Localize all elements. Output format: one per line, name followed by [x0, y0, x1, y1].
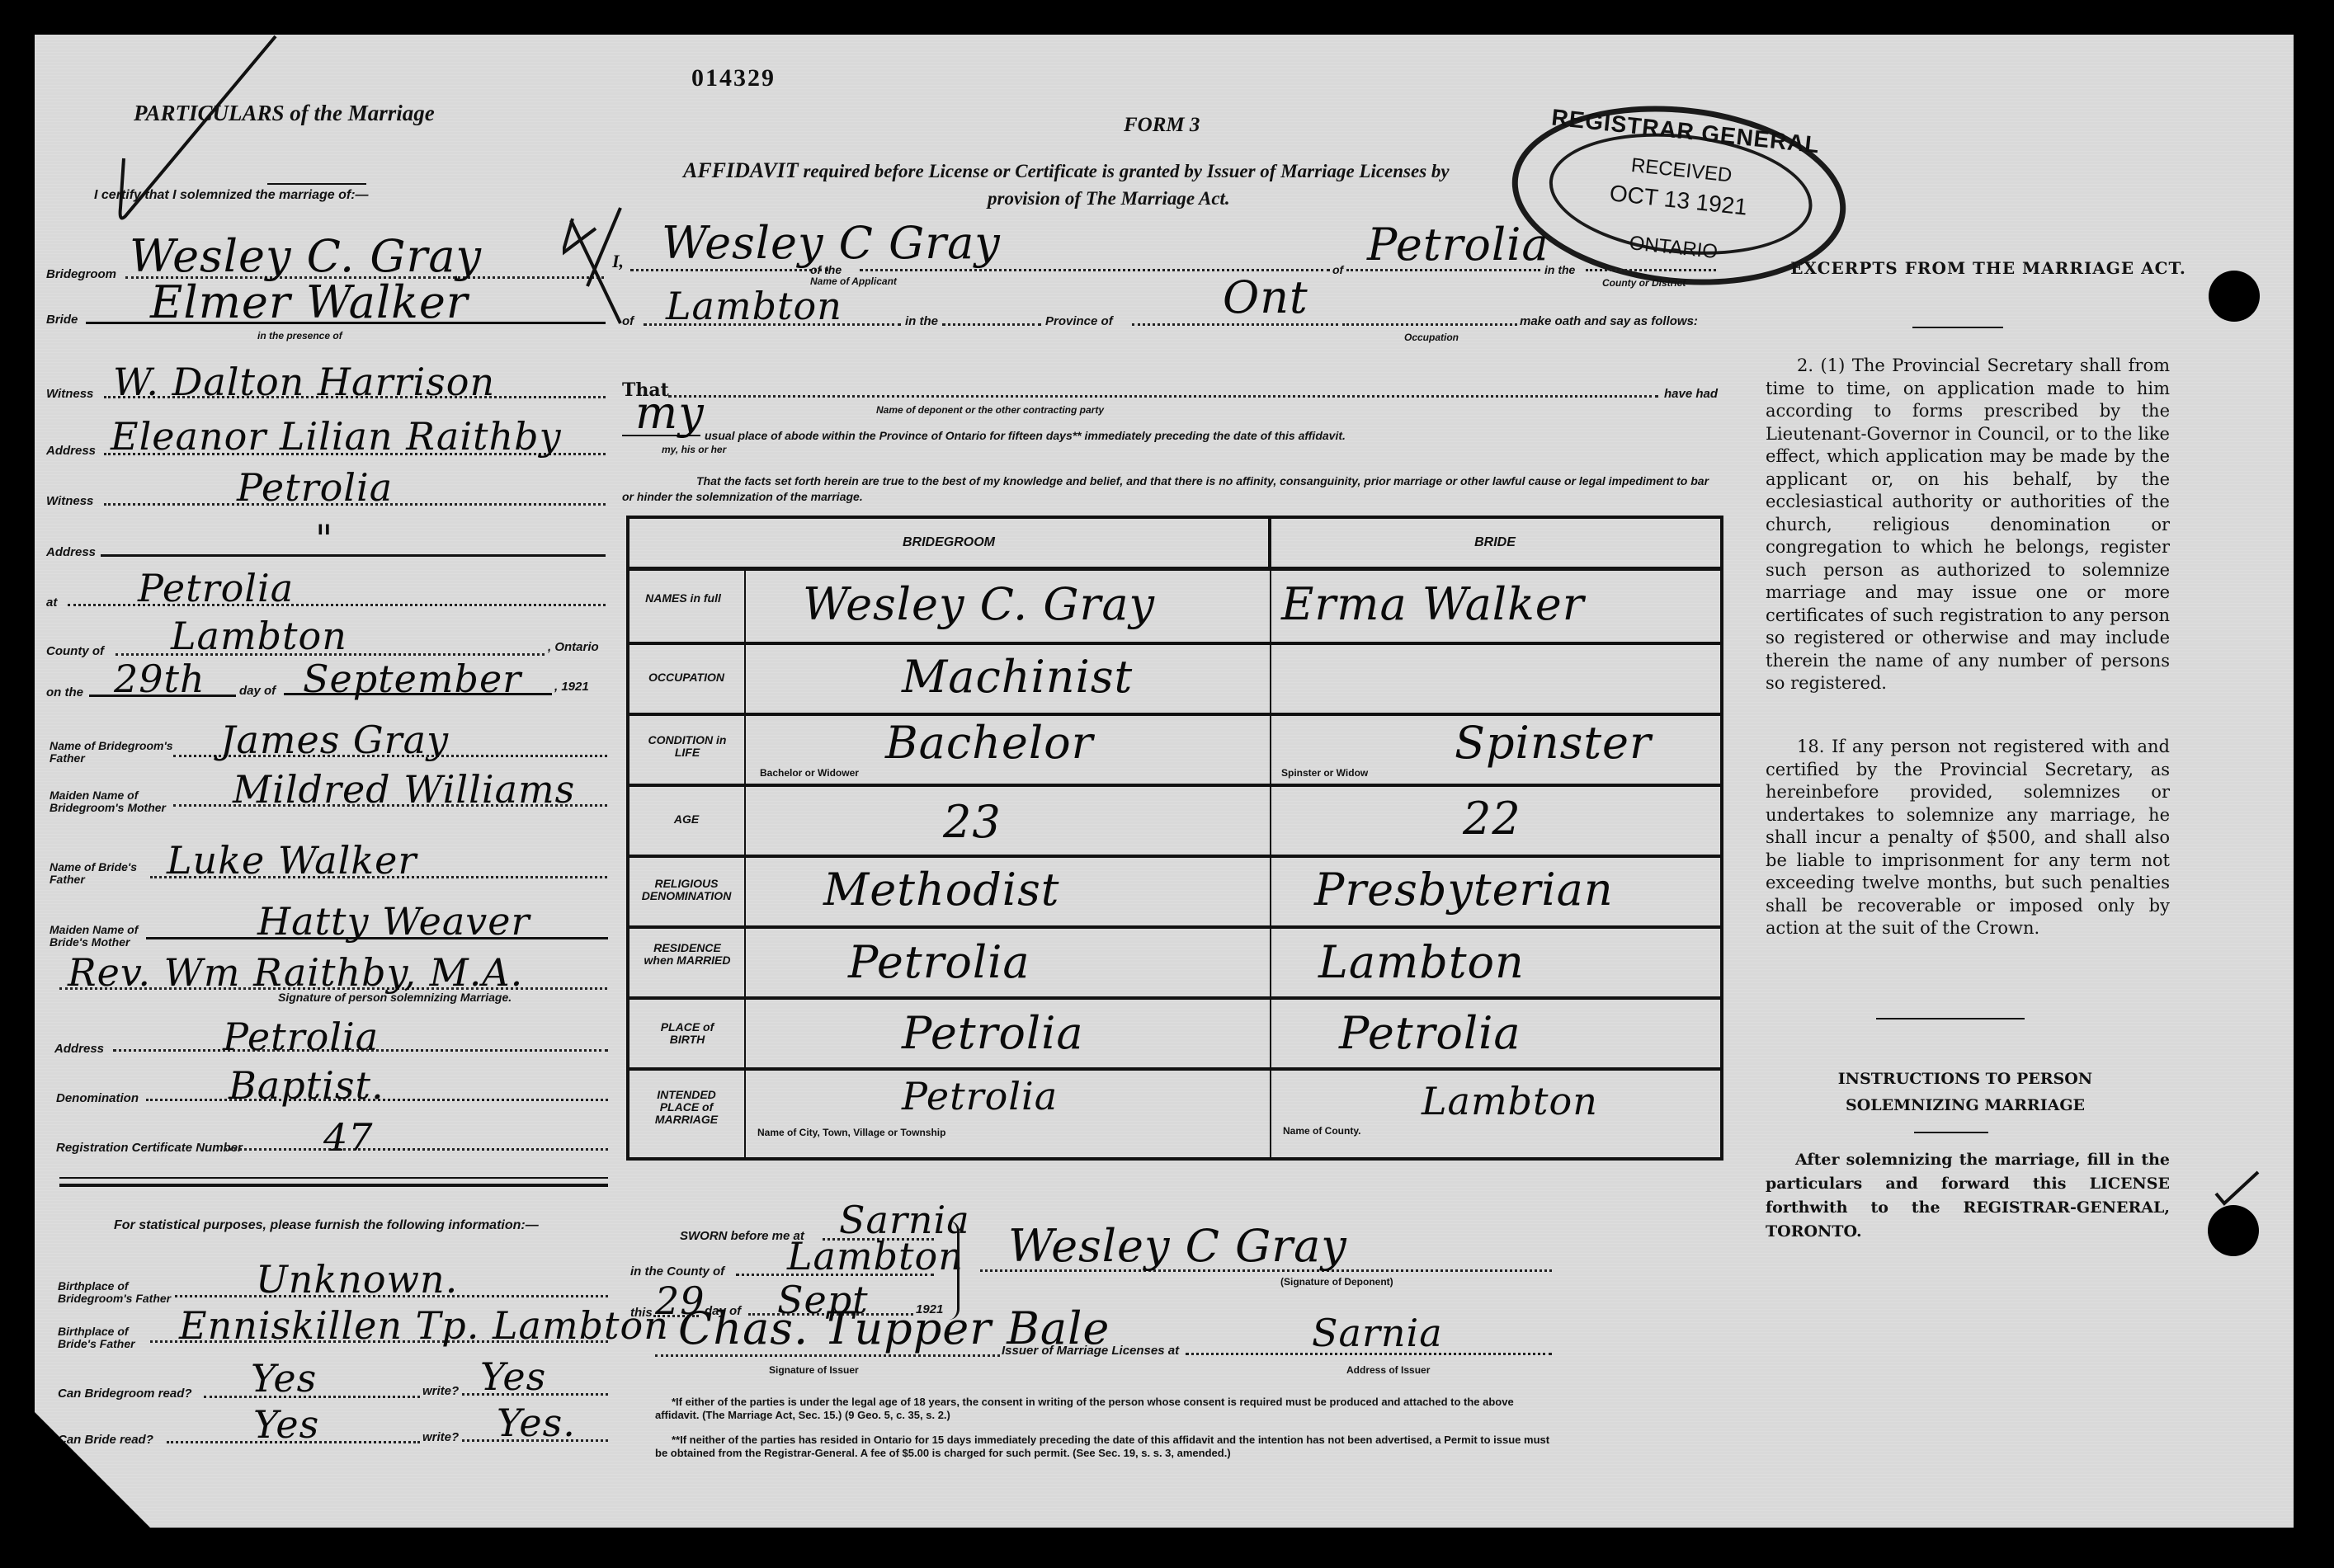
county-label: County of	[46, 645, 104, 658]
witness1-name: W. Dalton Harrison	[113, 358, 495, 406]
groom-names: Wesley C. Gray	[803, 581, 1155, 629]
bride-age: 22	[1463, 795, 1521, 843]
punch-hole	[2208, 1205, 2259, 1256]
particulars-table: BRIDEGROOM BRIDE NAMES in full Wesley C.…	[626, 516, 1723, 1161]
have-had-text: have had	[1664, 388, 1718, 401]
county-district-caption: County or District	[1602, 277, 1686, 290]
divider	[1914, 1132, 1988, 1133]
bride-mother-label: Maiden Name of Bride's Mother	[50, 924, 157, 949]
bride-name: Elmer Walker	[150, 279, 469, 327]
certify-statement: I certify that I solemnized the marriage…	[94, 189, 369, 202]
bride-write-label: write?	[422, 1431, 459, 1444]
bride-birthplace: Petrolia	[1339, 1010, 1521, 1057]
small-check-icon	[2213, 1169, 2262, 1210]
groom-write-value: Yes	[480, 1353, 546, 1401]
bride-read-value: Yes	[253, 1401, 319, 1448]
row-label: PLACE of BIRTH	[646, 1021, 728, 1046]
abode-text: usual place of abode within the Province…	[705, 429, 1346, 442]
pronoun-value: my	[635, 389, 705, 437]
groom-read-label: Can Bridegroom read?	[58, 1387, 192, 1401]
x-mark-icon	[563, 204, 653, 327]
oath-text: make oath and say as follows:	[1520, 315, 1698, 328]
bride-father-label: Name of Bride's Father	[50, 861, 149, 886]
groom-condition-caption: Bachelor or Widower	[760, 767, 859, 779]
day-of-label: day of	[239, 685, 276, 698]
bride-religion: Presbyterian	[1314, 866, 1614, 914]
applicant-line	[630, 269, 828, 271]
deponent-caption: (Signature of Deponent)	[1280, 1276, 1393, 1288]
officiant-address: Petrolia	[223, 1013, 379, 1061]
in-the2-label: in the	[905, 315, 938, 328]
table-row: PLACE of BIRTH Petrolia Petrolia	[629, 1000, 1720, 1071]
statistical-intro: For statistical purposes, please furnish…	[59, 1212, 608, 1239]
groom-condition: Bachelor	[885, 719, 1093, 767]
groom-mother-name: Mildred Williams	[233, 765, 575, 813]
of-the-label: of the	[810, 264, 842, 276]
sworn-county: Lambton	[787, 1232, 964, 1280]
bride-father-birthplace: Enniskillen Tp. Lambton	[179, 1302, 669, 1349]
affidavit-heading-rest: required before License or Certificate i…	[803, 161, 1449, 181]
bride-names: Erma Walker	[1281, 581, 1585, 629]
form-title: FORM 3	[1124, 114, 1200, 137]
row-label: RELIGIOUS DENOMINATION	[629, 878, 743, 902]
row-label: OCCUPATION	[629, 671, 743, 684]
witness1-label: Witness	[46, 388, 93, 401]
groom-age: 23	[943, 798, 1002, 846]
in-the-label: in the	[1544, 264, 1575, 276]
deponent-line	[668, 395, 1658, 398]
table-row: CONDITION in LIFE Bachelor Bachelor or W…	[629, 716, 1720, 787]
divider	[267, 183, 366, 185]
bride-intended-caption: Name of County.	[1283, 1125, 1360, 1137]
denomination-label: Denomination	[56, 1092, 139, 1105]
bride-intended-place: Lambton	[1422, 1077, 1598, 1125]
denomination-value: Baptist.	[229, 1062, 384, 1109]
groom-father-name: James Gray	[220, 716, 449, 764]
marriage-year: , 1921	[554, 680, 589, 694]
applicant-county: Lambton	[666, 282, 842, 330]
occupation-line	[1342, 323, 1517, 326]
excerpt-section-18: 18. If any person not registered with an…	[1766, 736, 2170, 940]
officiant-address-label: Address	[54, 1043, 104, 1056]
row-label: CONDITION in LIFE	[638, 734, 737, 759]
bride-residence: Lambton	[1318, 939, 1525, 986]
occupation-caption: Occupation	[1404, 332, 1459, 344]
row-label: AGE	[629, 813, 743, 826]
at-label: at	[46, 596, 57, 610]
reg-cert-line	[224, 1148, 608, 1151]
sworn-label: SWORN before me at	[680, 1230, 804, 1243]
divider	[1876, 1018, 2025, 1019]
groom-write-label: write?	[422, 1385, 459, 1398]
this-label: this	[630, 1307, 653, 1320]
groom-residence: Petrolia	[848, 939, 1030, 986]
groom-occupation: Machinist	[902, 653, 1133, 701]
column-header-bride: BRIDE	[1270, 535, 1720, 550]
bridegroom-name: Wesley C. Gray	[130, 233, 482, 280]
issuer-at-label: Issuer of Marriage Licenses at	[1002, 1344, 1179, 1358]
bridegroom-label: Bridegroom	[46, 268, 116, 281]
bride-mother-name: Hatty Weaver	[257, 897, 530, 945]
applicant-name: Wesley C Gray	[662, 219, 1001, 267]
county-value: Lambton	[171, 612, 347, 660]
facts-statement: That the facts set forth herein are true…	[622, 473, 1719, 505]
table-row: RELIGIOUS DENOMINATION Methodist Presbyt…	[629, 858, 1720, 929]
instructions-text: After solemnizing the marriage, fill in …	[1766, 1148, 2170, 1244]
address1-label: Address	[46, 445, 96, 458]
marriage-record-document: PARTICULARS of the Marriage I certify th…	[35, 35, 2294, 1528]
groom-father-label: Name of Bridegroom's Father	[50, 740, 173, 765]
divider	[59, 1184, 608, 1187]
divider	[1912, 327, 2003, 328]
excerpt-section-2: 2. (1) The Provincial Secretary shall fr…	[1766, 355, 2170, 695]
column-header-bridegroom: BRIDEGROOM	[629, 535, 1268, 550]
footnote-2: **If neither of the parties has resided …	[655, 1434, 1550, 1460]
of-label: of	[1332, 264, 1343, 276]
groom-read-value: Yes	[251, 1354, 317, 1402]
issuer-caption: Signature of Issuer	[769, 1364, 859, 1377]
bride-condition: Spinster	[1455, 719, 1652, 767]
issuer-signature-line	[655, 1354, 1000, 1357]
particulars-title: PARTICULARS of the Marriage	[134, 101, 435, 126]
applicant-town: Petrolia	[1367, 221, 1549, 269]
groom-birthplace: Petrolia	[902, 1010, 1084, 1057]
groom-intended-place: Petrolia	[902, 1072, 1058, 1120]
witness2-label: Witness	[46, 495, 93, 508]
serial-number: 014329	[691, 64, 776, 92]
table-row: AGE 23 22	[629, 787, 1720, 858]
affidavit-heading-bold: AFFIDAVIT	[683, 158, 799, 182]
province-of-label: Province of	[1045, 315, 1113, 328]
table-header-bride: BRIDE	[1270, 519, 1720, 571]
footnote-1: *If either of the parties is under the l…	[655, 1396, 1550, 1422]
affidavit-heading-line2: provision of The Marriage Act.	[988, 188, 1230, 210]
groom-mother-label: Maiden Name of Bridegroom's Mother	[50, 789, 182, 814]
address2-line	[101, 554, 606, 557]
table-header-bridegroom: BRIDEGROOM	[629, 519, 1270, 571]
deponent-signature: Wesley C Gray	[1008, 1222, 1347, 1270]
punch-hole	[2209, 271, 2260, 322]
bride-write-value: Yes.	[497, 1399, 576, 1447]
pronoun-caption: my, his or her	[662, 444, 726, 456]
witness2-value: Petrolia	[237, 464, 393, 511]
in-presence-caption: in the presence of	[257, 330, 342, 342]
bride-read-label: Can Bride read?	[58, 1434, 153, 1447]
reg-cert-number: 47	[323, 1114, 374, 1161]
excerpts-title: EXCERPTS FROM THE MARRIAGE ACT.	[1766, 256, 2211, 280]
bride-father-name: Luke Walker	[167, 836, 417, 884]
table-row: OCCUPATION Machinist	[629, 645, 1720, 716]
table-row: INTENDED PLACE of MARRIAGE Petrolia Name…	[629, 1071, 1720, 1154]
divider	[59, 1177, 608, 1179]
groom-father-birthplace-label: Birthplace of Bridegroom's Father	[58, 1280, 173, 1305]
address2-label: Address	[46, 546, 96, 559]
officiant-signature: Rev. Wm Raithby, M.A.	[68, 949, 523, 996]
county-district-line	[1586, 269, 1716, 271]
groom-intended-caption: Name of City, Town, Village or Township	[757, 1127, 945, 1139]
applicant-province: Ont	[1223, 274, 1308, 322]
of2-label: of	[622, 315, 634, 328]
affidavit-heading: AFFIDAVIT required before License or Cer…	[683, 158, 1450, 183]
table-row: NAMES in full Wesley C. Gray Erma Walker	[629, 571, 1720, 645]
address1-value: Eleanor Lilian Raithby	[111, 412, 562, 460]
issuer-address-caption: Address of Issuer	[1346, 1364, 1430, 1377]
applicant-prefix: I,	[612, 251, 624, 272]
issuer-address: Sarnia	[1312, 1309, 1443, 1357]
bride-father-birthplace-label: Birthplace of Bride's Father	[58, 1326, 149, 1350]
instructions-title: INSTRUCTIONS TO PERSON SOLEMNIZING MARRI…	[1817, 1066, 2114, 1118]
marriage-month: September	[303, 655, 521, 703]
bride-condition-caption: Spinster or Widow	[1281, 767, 1368, 779]
row-label: INTENDED PLACE of MARRIAGE	[641, 1089, 732, 1126]
province-line	[1132, 323, 1338, 326]
bride-label: Bride	[46, 313, 78, 327]
in-the2-line	[942, 323, 1041, 326]
reg-cert-label: Registration Certificate Number	[56, 1142, 243, 1155]
ontario-label: , Ontario	[548, 641, 599, 654]
marriage-day: 29th	[114, 655, 205, 703]
at-place: Petrolia	[138, 564, 294, 612]
officiant-caption: Signature of person solemnizing Marriage…	[278, 991, 512, 1004]
row-label: NAMES in full	[629, 592, 737, 605]
groom-religion: Methodist	[823, 866, 1060, 914]
on-the-label: on the	[46, 686, 83, 699]
deponent-caption: Name of deponent or the other contractin…	[876, 404, 1104, 417]
table-row: RESIDENCE when MARRIED Petrolia Lambton	[629, 929, 1720, 1000]
groom-father-birthplace: Unknown.	[256, 1255, 458, 1303]
row-label: RESIDENCE when MARRIED	[638, 942, 737, 967]
